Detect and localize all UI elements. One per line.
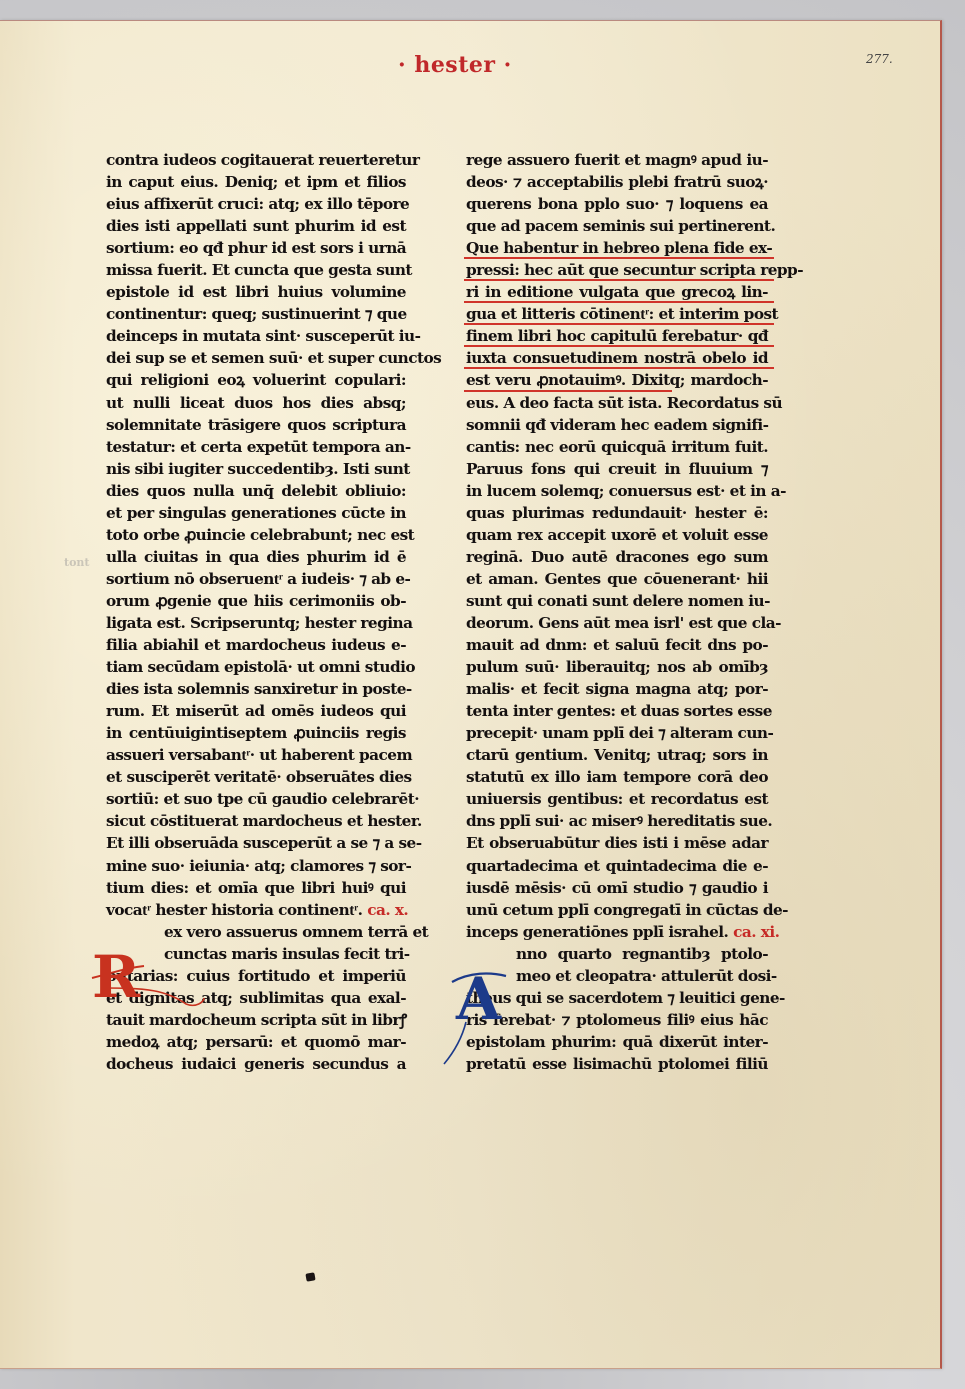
text-line: quam rex accepit uxorē et voluit esse <box>466 524 768 546</box>
text-line: sortium: eo qđ phur id est sors i urnā <box>106 237 406 259</box>
text-line: in centūuigintiseptem ꝓuinciis regis <box>106 722 406 744</box>
text-line: gua et litteris cōtinentͬ: et interim po… <box>466 303 768 325</box>
running-head: · hester · <box>398 52 512 78</box>
folio-number: 277. <box>866 52 893 66</box>
text-line: sunt qui conati sunt delere nomen iu- <box>466 590 768 612</box>
text-line: nis sibi iugiter succedentibȝ. Isti sunt <box>106 458 406 480</box>
text-line: que ad pacem seminis sui pertinerent. <box>466 215 768 237</box>
chapter-end-text: vocatͬ hester historia continentͬ. <box>106 901 362 919</box>
dixitque-text: Dixitq; mardoch- <box>631 371 768 389</box>
text-line: dies ista solemnis sanxiretur in poste- <box>106 678 406 700</box>
text-line: somnii qđ videram hec eadem signifi- <box>466 414 768 436</box>
text-line: ri in editione vulgata que grecoꝝ lin- <box>466 281 768 303</box>
chapter-marker-xi: ca. xi. <box>733 923 779 941</box>
text-line: orum ꝓgenie que hiis cerimoniis ob- <box>106 590 406 612</box>
text-line: pressi: hec aūt que secuntur scripta rep… <box>466 259 768 281</box>
text-line: nno quarto regnantibȝ ptolo- <box>466 943 768 965</box>
text-line: deorum. Gens aūt mea isrl' est que cla- <box>466 612 768 634</box>
text-line: statutū ex illo iam tempore corā deo <box>466 766 768 788</box>
text-line: medoꝝ atq; persarū: et quomō mar- <box>106 1031 406 1053</box>
text-line: tauit mardocheum scripta sūt in librꝭ <box>106 1009 406 1031</box>
text-line: est veru ꝓnotauimꝰ. Dixitq; mardoch- <box>466 369 768 391</box>
text-line: et per singulas generationes cūcte in <box>106 502 406 524</box>
text-line: eius affixerūt cruci: atq; ex illo tēpor… <box>106 193 406 215</box>
text-line: tium dies: et omīa que libri huiꝰ qui <box>106 877 406 899</box>
text-line: ctarū gentium. Venitq; utraq; sors in <box>466 744 768 766</box>
right-column-lines: rege assuero fuerit et magnꝰ apud iu-deo… <box>466 149 768 237</box>
text-line: malis· et fecit signa magna atq; por- <box>466 678 768 700</box>
text-line: precepit· unam pplī dei ⁊ alteram cun- <box>466 722 768 744</box>
text-line: mauit ad dnm: et saluū fecit dns po- <box>466 634 768 656</box>
text-line: dies isti appellati sunt phurim id est <box>106 215 406 237</box>
text-line: dies quos nulla unq̄ delebit obliuio: <box>106 480 406 502</box>
text-line: in lucem solemq; conuersus est· et in a- <box>466 480 768 502</box>
chapter-end-text-xi: inceps generatiōnes pplī israhel. <box>466 923 728 941</box>
text-line: deinceps in mutata sint· susceperūt iu- <box>106 325 406 347</box>
text-line: tiam secūdam epistolā· ut omni studio <box>106 656 406 678</box>
text-line: ligata est. Scripseruntq; hester regina <box>106 612 406 634</box>
text-line: finem libri hoc capitulū ferebatur· qđ <box>466 325 768 347</box>
underlined-tail: est veru ꝓnotauimꝰ. <box>466 371 626 389</box>
text-line: eus. A deo facta sūt ista. Recordatus sū <box>466 392 768 414</box>
text-line: qui religioni eoꝝ voluerint copulari: <box>106 369 406 391</box>
text-line: rege assuero fuerit et magnꝰ apud iu- <box>466 149 768 171</box>
left-column-lines: contra iudeos cogitauerat reuertereturin… <box>106 149 406 899</box>
text-line: Que habentur in hebreo plena fide ex- <box>466 237 768 259</box>
right-column-more-lines: eus. A deo facta sūt ista. Recordatus sū… <box>466 392 768 921</box>
text-line: toto orbe ꝓuincie celebrabunt; nec est <box>106 524 406 546</box>
text-line: uniuersis gentibus: et recordatus est <box>466 788 768 810</box>
text-line: cantis: nec eorū quicquā irritum fuit. <box>466 436 768 458</box>
text-line: sortium nō obseruentͬ a iudeis· ⁊ ab e- <box>106 568 406 590</box>
text-line: sicut cōstituerat mardocheus et hester. <box>106 810 406 832</box>
text-line: continentur: queq; sustinuerint ⁊ que <box>106 303 406 325</box>
text-line: contra iudeos cogitauerat reuerteretur <box>106 149 406 171</box>
chapter-marker-x: ca. x. <box>367 901 408 919</box>
text-line: in caput eius. Deniq; et ipm et filios <box>106 171 406 193</box>
text-line: iusdē mēsis· cū omī studio ⁊ gaudio i <box>466 877 768 899</box>
text-line: iuxta consuetudinem nostrā obelo id <box>466 347 768 369</box>
text-line: Paruus fons qui creuit in fluuium ⁊ <box>466 458 768 480</box>
text-line: unū cetum pplī congregatī in cūctas de- <box>466 899 768 921</box>
text-line: assueri versabantͬ· ut haberent pacem <box>106 744 406 766</box>
decorated-initial-a: A <box>456 970 501 1028</box>
text-line: deos· ⁊ acceptabilis plebi fratrū suoꝝ· <box>466 171 768 193</box>
text-line: solemnitate trāsigere quos scriptura <box>106 414 406 436</box>
text-line: sortiū: et suo tpe cū gaudio celebrarēt· <box>106 788 406 810</box>
text-line: testatur: et certa expetūt tempora an- <box>106 436 406 458</box>
text-line: reginā. Duo autē dracones ego sum <box>466 546 768 568</box>
text-line: pulum suū· liberauitq; nos ab omībȝ <box>466 656 768 678</box>
text-line: epistole id est libri huius volumine <box>106 281 406 303</box>
text-line: ex vero assuerus omnem terrā et <box>106 921 406 943</box>
text-line: filia abiahil et mardocheus iudeus e- <box>106 634 406 656</box>
text-line: et aman. Gentes que cōuenerant· hii <box>466 568 768 590</box>
chapter-heading-line-xi: inceps generatiōnes pplī israhel. ca. xi… <box>466 921 768 943</box>
text-line: tenta inter gentes: et duas sortes esse <box>466 700 768 722</box>
text-line: mine suo· ieiunia· atq; clamores ⁊ sor- <box>106 855 406 877</box>
text-line: dns pplī sui· ac miserꝰ hereditatis sue. <box>466 810 768 832</box>
text-line: ut nulli liceat duos hos dies absq; <box>106 392 406 414</box>
text-line: dei sup se et semen suū· et super cuncto… <box>106 347 406 369</box>
text-line: ulla ciuitas in qua dies phurim id ē <box>106 546 406 568</box>
right-text-column: rege assuero fuerit et magnꝰ apud iu-deo… <box>466 149 768 1075</box>
ink-blot <box>305 1272 315 1281</box>
underlined-passage: Que habentur in hebreo plena fide ex-pre… <box>466 237 768 391</box>
text-line: Et obseruabūtur dies isti i mēse adar <box>466 832 768 854</box>
margin-offset-text: tont <box>64 556 90 569</box>
text-line: rum. Et miserūt ad omēs iudeos qui <box>106 700 406 722</box>
text-line: missa fuerit. Et cuncta que gesta sunt <box>106 259 406 281</box>
text-line: quartadecima et quintadecima die e- <box>466 855 768 877</box>
chapter-heading-line: vocatͬ hester historia continentͬ. ca. x… <box>106 899 406 921</box>
text-line: et susciperēt veritatē· obseruātes dies <box>106 766 406 788</box>
left-text-column: contra iudeos cogitauerat reuertereturin… <box>106 149 406 1075</box>
decorated-initial-r: R <box>92 948 140 1006</box>
text-line: querens bona pplo suo· ⁊ loquens ea <box>466 193 768 215</box>
text-line: Et illi obseruāda susceperūt a se ⁊ a se… <box>106 832 406 854</box>
text-line: docheus iudaici generis secundus a <box>106 1053 406 1075</box>
text-line: quas plurimas redundauit· hester ē: <box>466 502 768 524</box>
